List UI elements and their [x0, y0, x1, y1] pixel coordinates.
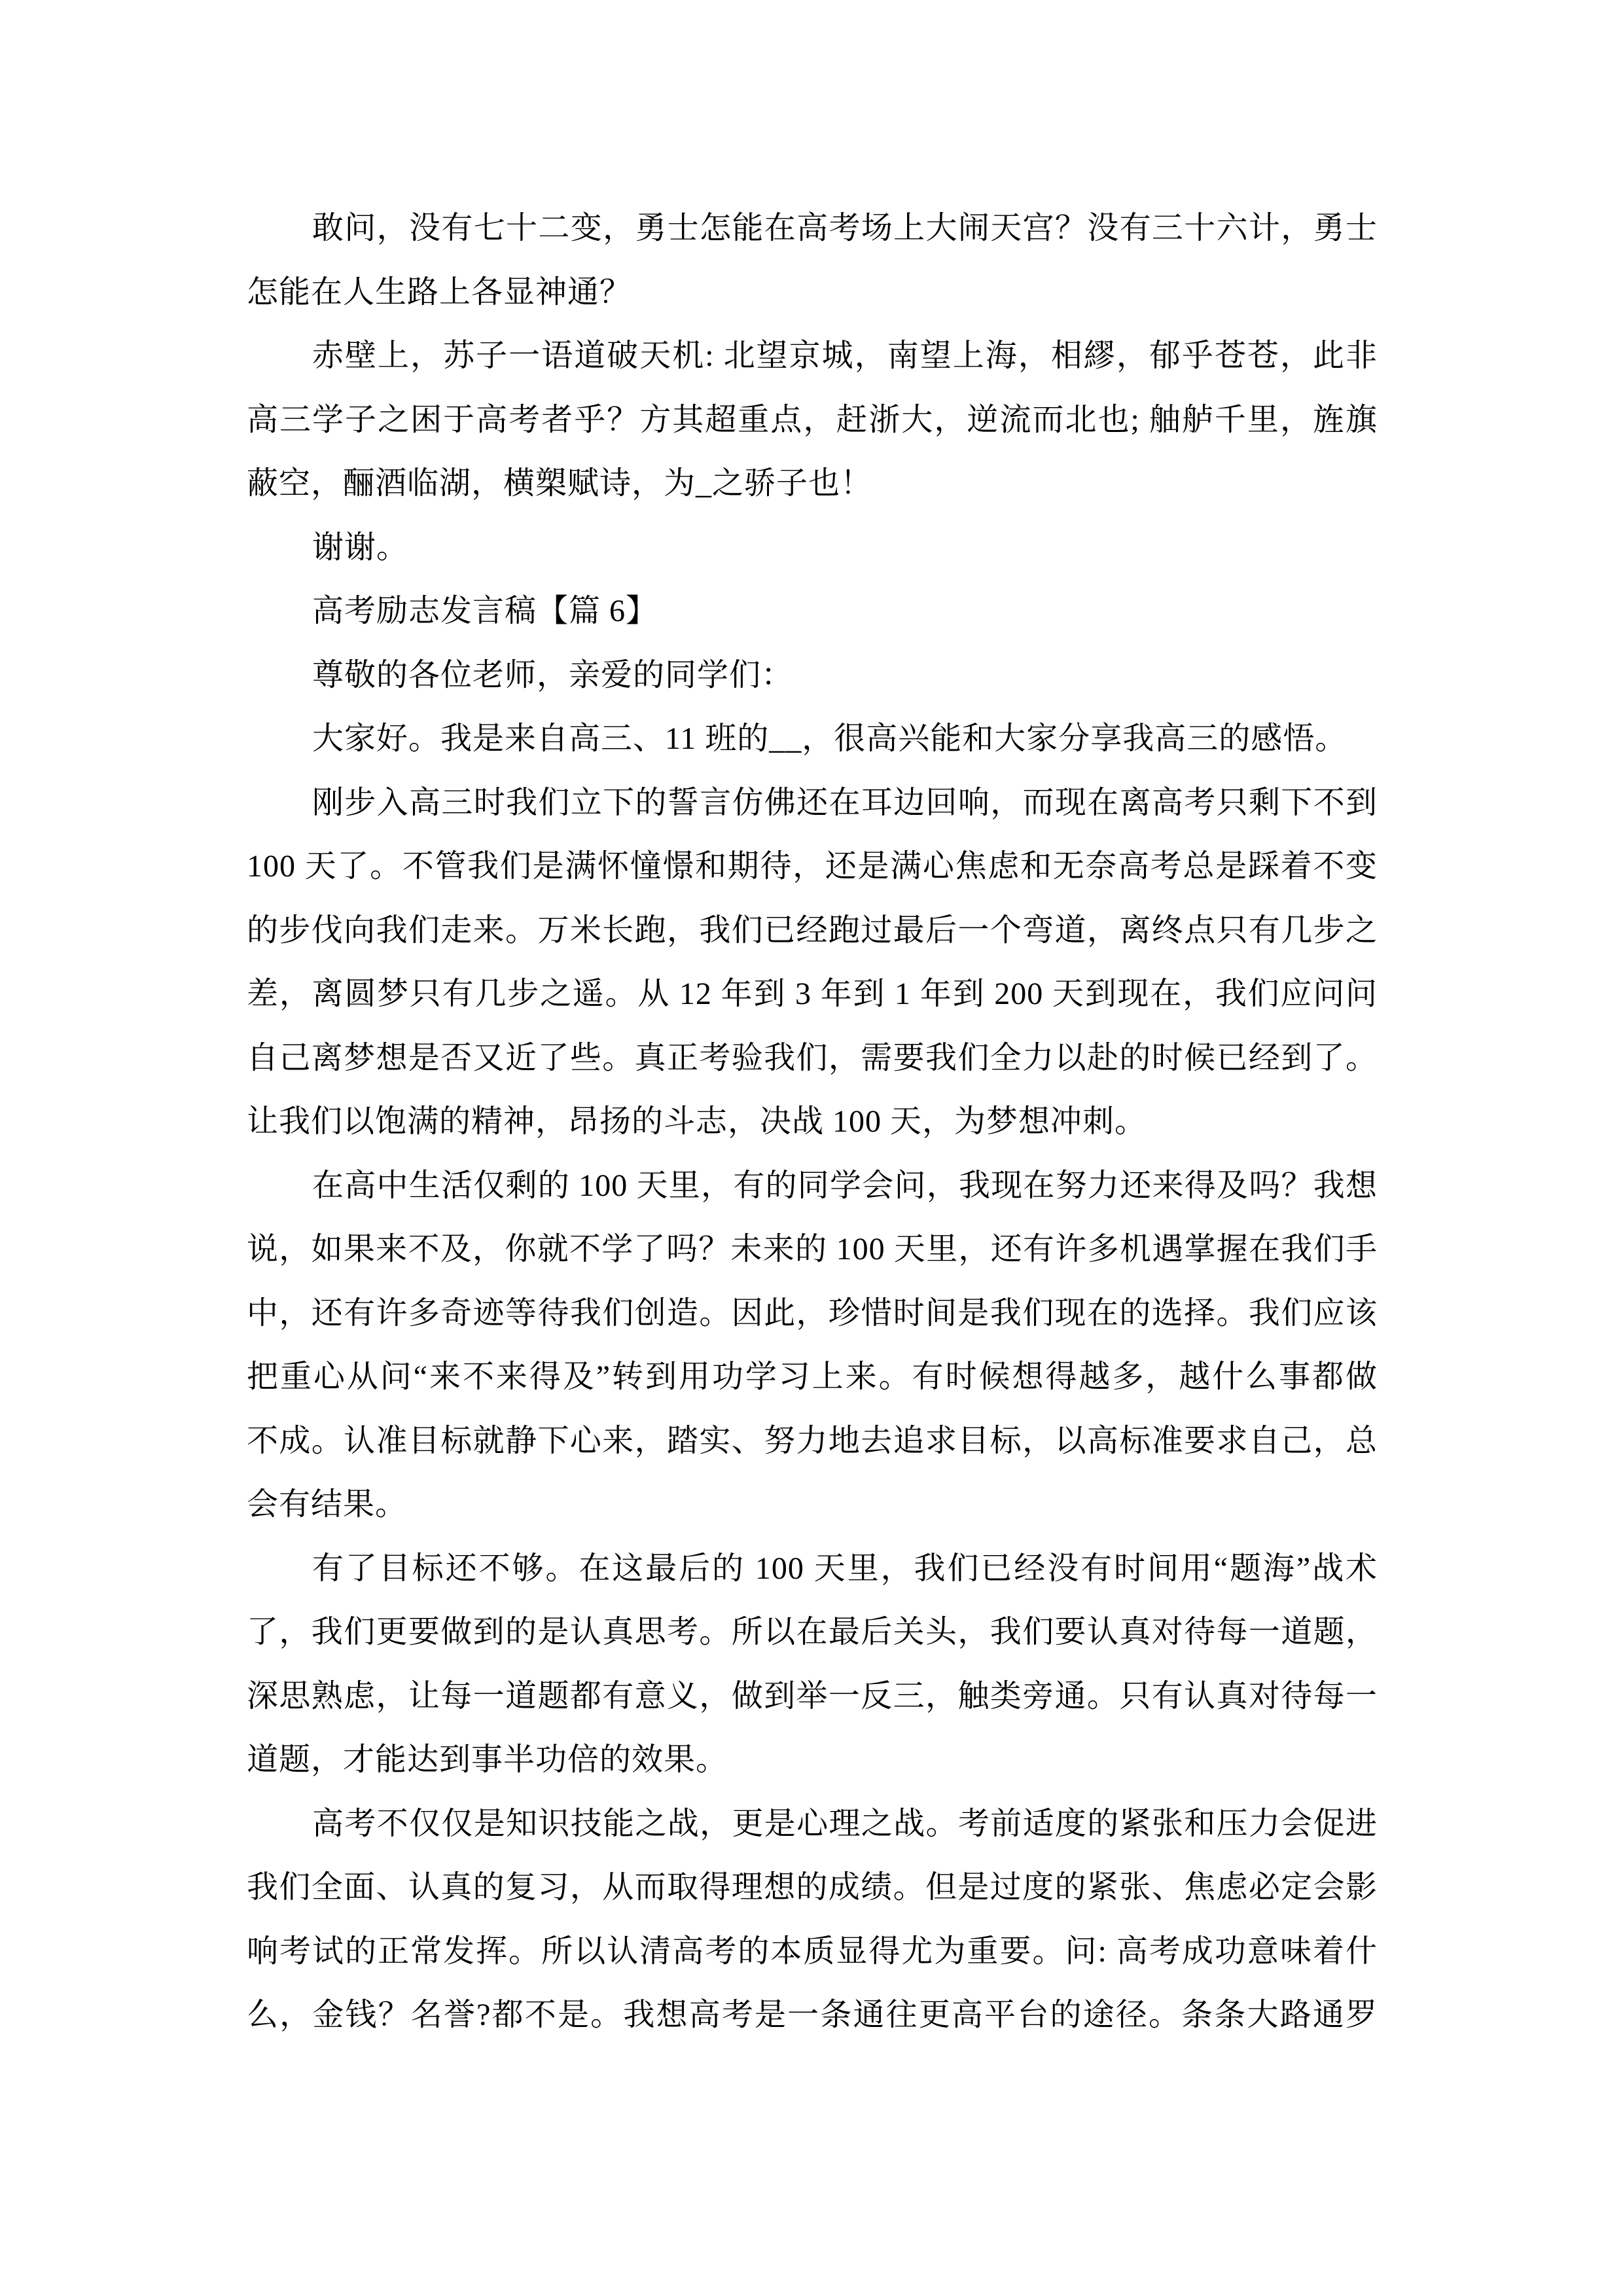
paragraph: 大家好。我是来自高三、11 班的__，很高兴能和大家分享我高三的感悟。	[247, 707, 1378, 771]
paragraph: 谢谢。	[247, 516, 1378, 580]
text-line: 的步伐向我们走来。万米长跑，我们已经跑过最后一个弯道，离终点只有几步之	[247, 899, 1378, 963]
text-line: 中，还有许多奇迹等待我们创造。因此，珍惜时间是我们现在的选择。我们应该	[247, 1282, 1378, 1346]
paragraph: 刚步入高三时我们立下的誓言仿佛还在耳边回响，而现在离高考只剩下不到100 天了。…	[247, 771, 1378, 1154]
text-block: 敢问，没有七十二变，勇士怎能在高考场上大闹天宫？没有三十六计，勇士怎能在人生路上…	[247, 196, 1378, 2047]
text-line: 有了目标还不够。在这最后的 100 天里，我们已经没有时间用“题海”战术	[247, 1537, 1378, 1601]
text-line: 自己离梦想是否又近了些。真正考验我们，需要我们全力以赴的时候已经到了。	[247, 1026, 1378, 1090]
text-line: 我们全面、认真的复习，从而取得理想的成绩。但是过度的紧张、焦虑必定会影	[247, 1856, 1378, 1920]
paragraph: 高考励志发言稿【篇 6】	[247, 579, 1378, 643]
text-line: 100 天了。不管我们是满怀憧憬和期待，还是满心焦虑和无奈高考总是踩着不变	[247, 834, 1378, 899]
text-line: 谢谢。	[247, 516, 1378, 580]
text-line: 么，金钱？名誉?都不是。我想高考是一条通往更高平台的途径。条条大路通罗	[247, 1983, 1378, 2047]
text-line: 敢问，没有七十二变，勇士怎能在高考场上大闹天宫？没有三十六计，勇士	[247, 196, 1378, 260]
paragraph: 尊敬的各位老师，亲爱的同学们：	[247, 643, 1378, 708]
text-line: 说，如果来不及，你就不学了吗？未来的 100 天里，还有许多机遇掌握在我们手	[247, 1217, 1378, 1282]
document-page: 敢问，没有七十二变，勇士怎能在高考场上大闹天宫？没有三十六计，勇士怎能在人生路上…	[0, 0, 1623, 2296]
paragraph: 赤壁上，苏子一语道破天机: 北望京城，南望上海，相繆，郁乎苍苍，此非高三学子之困…	[247, 324, 1378, 516]
text-line: 差，离圆梦只有几步之遥。从 12 年到 3 年到 1 年到 200 天到现在，我…	[247, 962, 1378, 1026]
text-line: 赤壁上，苏子一语道破天机: 北望京城，南望上海，相繆，郁乎苍苍，此非	[247, 324, 1378, 388]
text-line: 高考励志发言稿【篇 6】	[247, 579, 1378, 643]
paragraph: 高考不仅仅是知识技能之战，更是心理之战。考前适度的紧张和压力会促进我们全面、认真…	[247, 1792, 1378, 2047]
text-line: 尊敬的各位老师，亲爱的同学们：	[247, 643, 1378, 708]
text-line: 会有结果。	[247, 1473, 1378, 1537]
paragraph: 在高中生活仅剩的 100 天里，有的同学会问，我现在努力还来得及吗？我想说，如果…	[247, 1154, 1378, 1537]
text-line: 在高中生活仅剩的 100 天里，有的同学会问，我现在努力还来得及吗？我想	[247, 1154, 1378, 1218]
text-line: 高考不仅仅是知识技能之战，更是心理之战。考前适度的紧张和压力会促进	[247, 1792, 1378, 1856]
text-line: 高三学子之困于高考者乎？方其超重点，赶浙大，逆流而北也; 舳舻千里，旌旗	[247, 388, 1378, 452]
text-line: 响考试的正常发挥。所以认清高考的本质显得尤为重要。问: 高考成功意味着什	[247, 1920, 1378, 1984]
text-line: 深思熟虑，让每一道题都有意义，做到举一反三，触类旁通。只有认真对待每一	[247, 1664, 1378, 1729]
text-line: 道题，才能达到事半功倍的效果。	[247, 1728, 1378, 1792]
paragraph: 敢问，没有七十二变，勇士怎能在高考场上大闹天宫？没有三十六计，勇士怎能在人生路上…	[247, 196, 1378, 324]
text-line: 让我们以饱满的精神，昂扬的斗志，决战 100 天，为梦想冲刺。	[247, 1090, 1378, 1154]
text-line: 大家好。我是来自高三、11 班的__，很高兴能和大家分享我高三的感悟。	[247, 707, 1378, 771]
text-line: 了，我们更要做到的是认真思考。所以在最后关头，我们要认真对待每一道题，	[247, 1600, 1378, 1664]
text-line: 刚步入高三时我们立下的誓言仿佛还在耳边回响，而现在离高考只剩下不到	[247, 771, 1378, 835]
text-line: 把重心从问“来不来得及”转到用功学习上来。有时候想得越多，越什么事都做	[247, 1345, 1378, 1409]
text-line: 不成。认准目标就静下心来，踏实、努力地去追求目标，以高标准要求自己，总	[247, 1409, 1378, 1473]
text-line: 蔽空，酾酒临湖，横槊赋诗，为_之骄子也！	[247, 452, 1378, 516]
paragraph: 有了目标还不够。在这最后的 100 天里，我们已经没有时间用“题海”战术了，我们…	[247, 1537, 1378, 1792]
text-line: 怎能在人生路上各显神通？	[247, 260, 1378, 325]
